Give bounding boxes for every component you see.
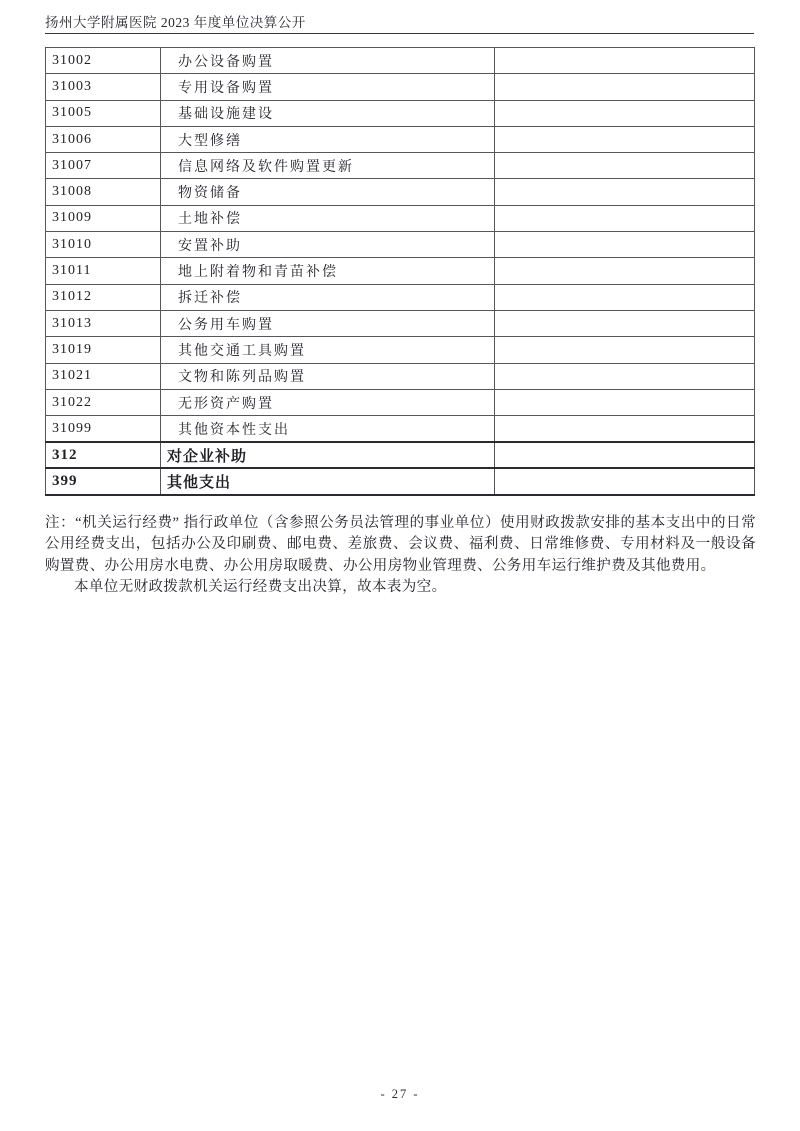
name-cell: 无形资产购置 [161, 389, 495, 415]
note-paragraph-1: 注：“机关运行经费” 指行政单位（含参照公务员法管理的事业单位）使用财政拨款安排… [45, 513, 756, 577]
value-cell [495, 337, 755, 363]
name-cell: 地上附着物和青苗补偿 [161, 258, 495, 284]
value-cell [495, 100, 755, 126]
value-cell [495, 232, 755, 258]
name-cell: 办公设备购置 [161, 48, 495, 74]
code-cell: 399 [46, 468, 161, 495]
table-row: 31002办公设备购置 [46, 48, 755, 74]
code-cell: 31013 [46, 310, 161, 336]
code-cell: 31099 [46, 416, 161, 442]
code-cell: 31003 [46, 74, 161, 100]
table-row: 31013公务用车购置 [46, 310, 755, 336]
name-cell: 对企业补助 [161, 442, 495, 469]
value-cell [495, 389, 755, 415]
code-cell: 31007 [46, 153, 161, 179]
expenditure-table: 31002办公设备购置31003专用设备购置31005基础设施建设31006大型… [45, 47, 755, 496]
code-cell: 31006 [46, 126, 161, 152]
value-cell [495, 310, 755, 336]
name-cell: 信息网络及软件购置更新 [161, 153, 495, 179]
code-cell: 31005 [46, 100, 161, 126]
note-paragraph-2: 本单位无财政拨款机关运行经费支出决算，故本表为空。 [45, 577, 756, 598]
table-row: 31019其他交通工具购置 [46, 337, 755, 363]
value-cell [495, 74, 755, 100]
document-title: 扬州大学附属医院 2023 年度单位决算公开 [45, 11, 754, 31]
name-cell: 公务用车购置 [161, 310, 495, 336]
value-cell [495, 126, 755, 152]
table-row: 31005基础设施建设 [46, 100, 755, 126]
name-cell: 大型修缮 [161, 126, 495, 152]
name-cell: 其他交通工具购置 [161, 337, 495, 363]
table-row: 31009土地补偿 [46, 205, 755, 231]
value-cell [495, 284, 755, 310]
name-cell: 土地补偿 [161, 205, 495, 231]
code-cell: 31012 [46, 284, 161, 310]
table-row: 31008物资储备 [46, 179, 755, 205]
table-row: 31022无形资产购置 [46, 389, 755, 415]
name-cell: 拆迁补偿 [161, 284, 495, 310]
table-row: 31011地上附着物和青苗补偿 [46, 258, 755, 284]
name-cell: 安置补助 [161, 232, 495, 258]
code-cell: 312 [46, 442, 161, 469]
name-cell: 其他资本性支出 [161, 416, 495, 442]
table-row: 399其他支出 [46, 468, 755, 495]
value-cell [495, 363, 755, 389]
table-row: 31012拆迁补偿 [46, 284, 755, 310]
table-row: 31006大型修缮 [46, 126, 755, 152]
value-cell [495, 442, 755, 469]
value-cell [495, 205, 755, 231]
name-cell: 文物和陈列品购置 [161, 363, 495, 389]
value-cell [495, 179, 755, 205]
code-cell: 31002 [46, 48, 161, 74]
value-cell [495, 258, 755, 284]
value-cell [495, 153, 755, 179]
notes-section: 注：“机关运行经费” 指行政单位（含参照公务员法管理的事业单位）使用财政拨款安排… [45, 513, 756, 599]
value-cell [495, 468, 755, 495]
code-cell: 31019 [46, 337, 161, 363]
code-cell: 31021 [46, 363, 161, 389]
header-divider [45, 33, 754, 34]
document-page: 扬州大学附属医院 2023 年度单位决算公开 31002办公设备购置31003专… [0, 0, 800, 1131]
name-cell: 物资储备 [161, 179, 495, 205]
table-row: 31021文物和陈列品购置 [46, 363, 755, 389]
table-row: 31003专用设备购置 [46, 74, 755, 100]
table-row: 312对企业补助 [46, 442, 755, 469]
name-cell: 其他支出 [161, 468, 495, 495]
code-cell: 31010 [46, 232, 161, 258]
name-cell: 基础设施建设 [161, 100, 495, 126]
code-cell: 31009 [46, 205, 161, 231]
name-cell: 专用设备购置 [161, 74, 495, 100]
expenditure-table-body: 31002办公设备购置31003专用设备购置31005基础设施建设31006大型… [46, 48, 755, 495]
table-row: 31007信息网络及软件购置更新 [46, 153, 755, 179]
code-cell: 31008 [46, 179, 161, 205]
code-cell: 31011 [46, 258, 161, 284]
code-cell: 31022 [46, 389, 161, 415]
table-row: 31010安置补助 [46, 232, 755, 258]
value-cell [495, 48, 755, 74]
value-cell [495, 416, 755, 442]
table-row: 31099其他资本性支出 [46, 416, 755, 442]
page-number: - 27 - [0, 1087, 800, 1102]
